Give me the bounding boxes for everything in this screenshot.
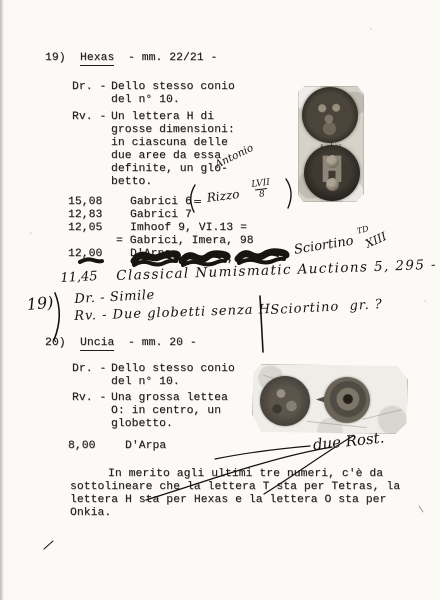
entry-19-reverse-line: grosse dimensioni: [111, 124, 235, 136]
coin-globetto [326, 155, 339, 168]
paper-speck [30, 232, 32, 234]
hexas-coin-photo: B. 13 H [298, 86, 364, 202]
closing-paragraph-line: Onkia. [70, 507, 111, 519]
paper-speck [370, 28, 372, 30]
entry-20-reverse-line: O: in centro, un [111, 405, 221, 417]
scribble-strikeout [238, 252, 286, 259]
scribble-strikeout [185, 256, 220, 259]
stray-pen-tick [419, 506, 423, 512]
uncia-obverse-coin [260, 376, 310, 426]
reference-text: = Gabrici, Imera, 98 [116, 235, 254, 247]
entry-20-obverse-line: Dello stesso conio [111, 363, 235, 375]
closing-paragraph-line: sottolineare che la lettera T sta per Te… [70, 481, 400, 493]
photo-wrinkle [362, 409, 401, 420]
reference-text: Gabrici 6 [130, 196, 192, 208]
reference-text: Gabrici 7 [130, 209, 192, 221]
entry-19-obverse-line: del n° 10. [111, 94, 180, 106]
entry-20-reverse-label: Rv. - [72, 392, 106, 404]
hexas-reverse-h-coin: H [304, 145, 360, 201]
handwritten-equals: = [193, 195, 202, 208]
weight-value: 12,00 [68, 248, 102, 260]
entry-19-reverse-line: definite, un glo- [111, 163, 228, 175]
entry-19-dimensions: - mm. 22/21 - [128, 52, 217, 64]
entry-19-reverse-line: Un lettera H di [111, 111, 214, 123]
scribble-strikeout [241, 254, 278, 257]
coin-globetto [326, 178, 339, 191]
handwritten-sciortino-query: Sciortino gr. ? [270, 297, 383, 318]
entry-19-reverse-label: Rv. - [72, 111, 106, 123]
handwritten-obverse-note: Dr. - Simile [74, 288, 155, 307]
scribble-strikeout [182, 254, 227, 261]
handwritten-plate-fraction: LVII 8 [250, 178, 273, 200]
scribble-strikeout [134, 261, 176, 265]
handwritten-auction-reference: Classical Numismatic Auctions 5, 295 - [116, 257, 437, 284]
fraction-denominator: 8 [255, 188, 268, 200]
entry-20-title: Uncia [80, 337, 114, 351]
entry-19-reverse-line: in ciascuna delle [111, 137, 228, 149]
handwritten-sciortino-reference: Sciortino [293, 234, 355, 258]
closing-paragraph-line: In merito agli ultimi tre numeri, c'è da [108, 468, 383, 480]
paper-speck [424, 300, 426, 302]
entry-20-number: 20) [45, 337, 66, 349]
photo-wrinkle [307, 421, 367, 428]
reference-text: D'Arpa [130, 248, 171, 260]
entry-20-dimensions: - mm. 20 - [128, 337, 197, 349]
uncia-coin-photo [252, 364, 408, 434]
reference-text: D'Arpa [125, 440, 166, 452]
reference-text: Imhoof 9, VI.13 = [130, 222, 247, 234]
weight-value: 15,08 [68, 196, 102, 208]
scanned-catalog-page: 19) Hexas - mm. 22/21 - Dr. - Dello stes… [0, 0, 440, 600]
entry-20-reverse-line: globetto. [111, 418, 173, 430]
entry-20-reverse-line: Una grossa lettea [111, 392, 228, 404]
closing-paragraph-line: lettera H sta per Hexas e la lettera O s… [70, 494, 386, 506]
margin-paren-stroke [54, 293, 59, 340]
weight-value: 12,83 [68, 209, 102, 221]
entry-19-reverse-line: betto. [111, 176, 152, 188]
weight-value: 12,05 [68, 222, 102, 234]
entry-19-obverse-label: Dr. - [72, 81, 106, 93]
weight-value: 8,00 [68, 440, 96, 452]
entry-20-obverse-label: Dr. - [72, 363, 106, 375]
handwritten-weight-value: 11,45 [60, 269, 98, 286]
entry-19-obverse-line: Dello stesso conio [111, 81, 235, 93]
uncia-reverse-o-coin [324, 377, 370, 423]
entry-19-reverse-line: due aree da essa [111, 150, 221, 162]
entry-20-obverse-line: del n° 10. [111, 376, 180, 388]
hexas-obverse-gorgon-coin [302, 87, 358, 143]
entry-19-title: Hexas [80, 52, 114, 66]
pen-flourish-line [215, 446, 310, 459]
scan-edge-shadow [0, 0, 4, 600]
handwritten-sciortino-superscript: TD [356, 224, 370, 236]
handwritten-rizzo-reference: Rizzo [206, 187, 240, 205]
stray-pen-tick [44, 541, 53, 549]
handwritten-margin-entry-number: 19) [26, 293, 54, 314]
entry-19-number: 19) [45, 52, 66, 64]
handwritten-close-paren [286, 179, 291, 208]
